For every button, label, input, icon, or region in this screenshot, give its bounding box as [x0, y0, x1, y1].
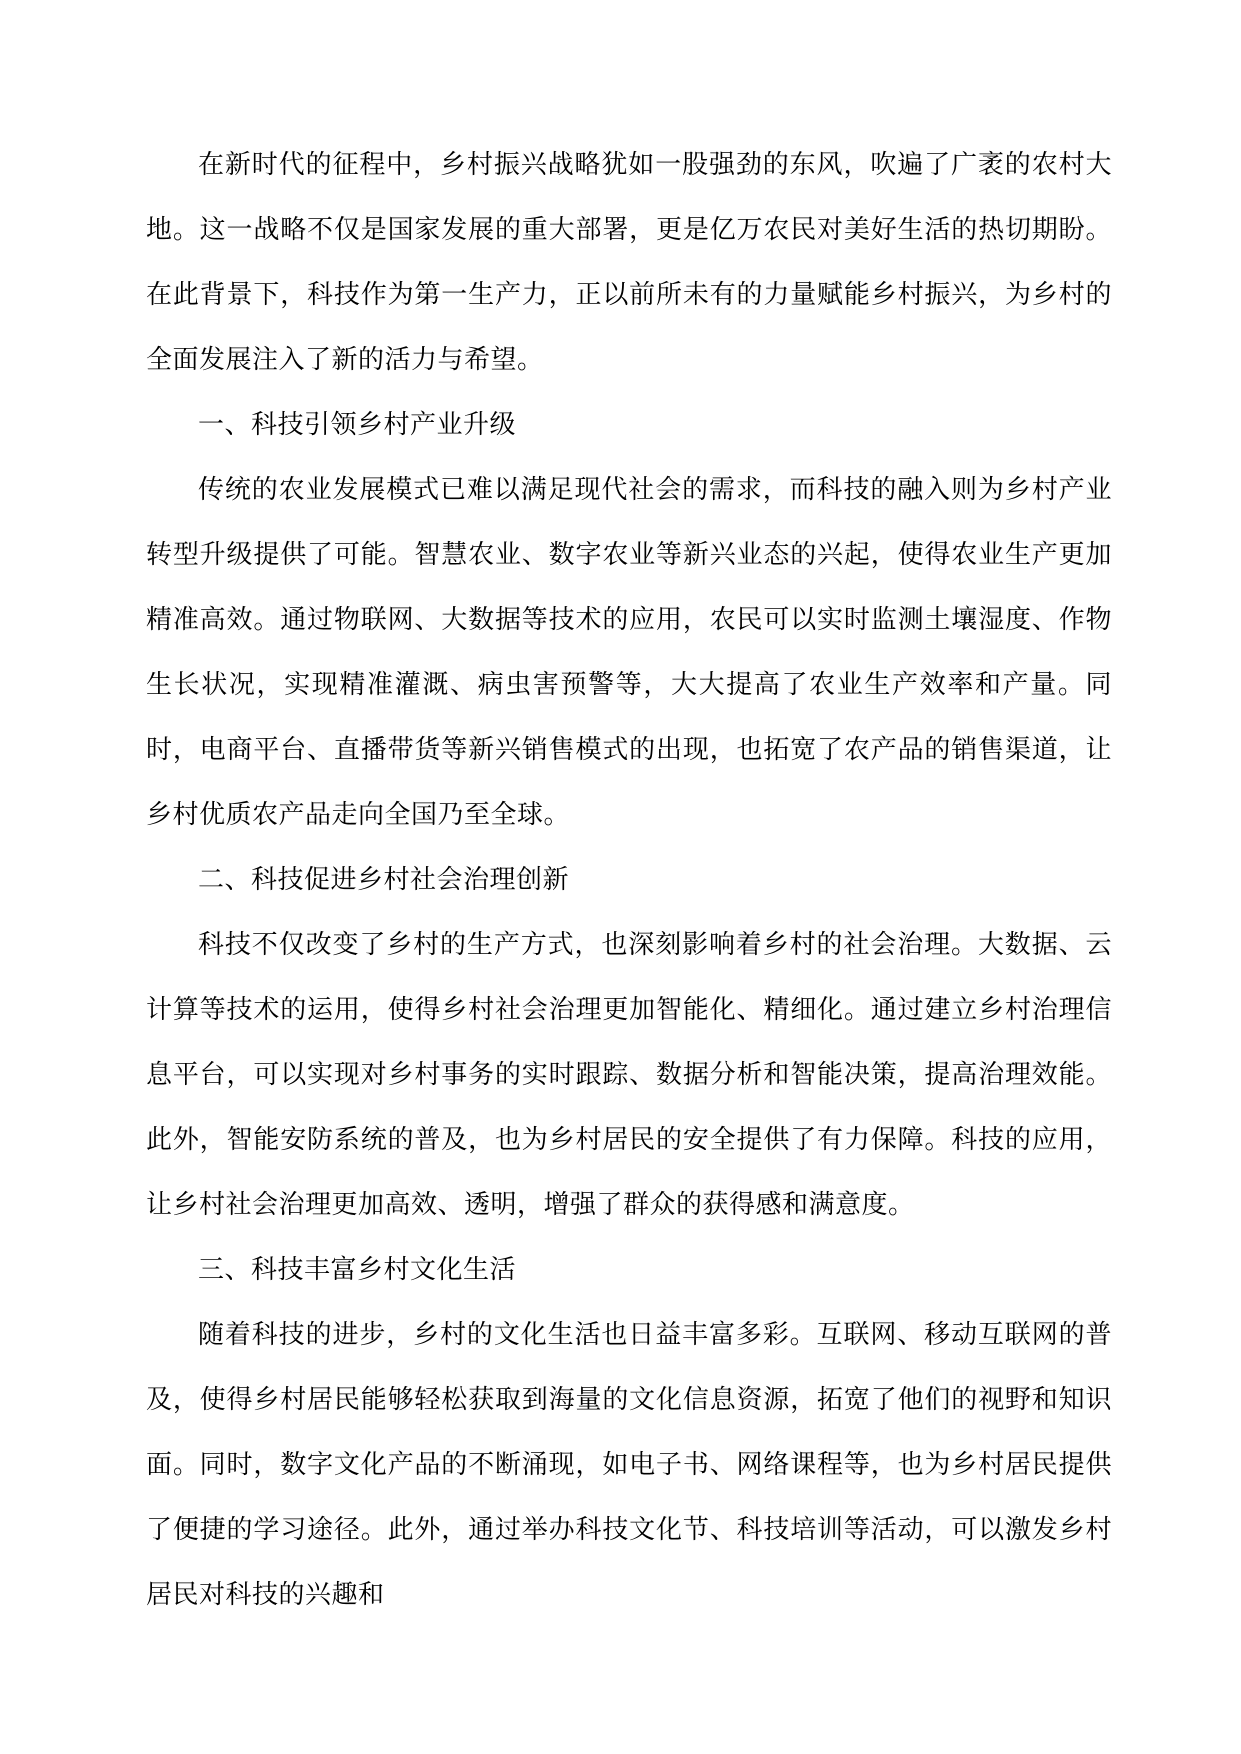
paragraph-section-1: 传统的农业发展模式已难以满足现代社会的需求，而科技的融入则为乡村产业转型升级提供…: [146, 458, 1112, 848]
document-content: 在新时代的征程中，乡村振兴战略犹如一股强劲的东风，吹遍了广袤的农村大地。这一战略…: [146, 133, 1112, 1628]
paragraph-section-3: 随着科技的进步，乡村的文化生活也日益丰富多彩。互联网、移动互联网的普及，使得乡村…: [146, 1303, 1112, 1628]
heading-section-1: 一、科技引领乡村产业升级: [146, 393, 1112, 458]
paragraph-intro: 在新时代的征程中，乡村振兴战略犹如一股强劲的东风，吹遍了广袤的农村大地。这一战略…: [146, 133, 1112, 393]
paragraph-section-2: 科技不仅改变了乡村的生产方式，也深刻影响着乡村的社会治理。大数据、云计算等技术的…: [146, 913, 1112, 1238]
document-page: 在新时代的征程中，乡村振兴战略犹如一股强劲的东风，吹遍了广袤的农村大地。这一战略…: [0, 0, 1241, 1754]
heading-section-2: 二、科技促进乡村社会治理创新: [146, 848, 1112, 913]
heading-section-3: 三、科技丰富乡村文化生活: [146, 1238, 1112, 1303]
